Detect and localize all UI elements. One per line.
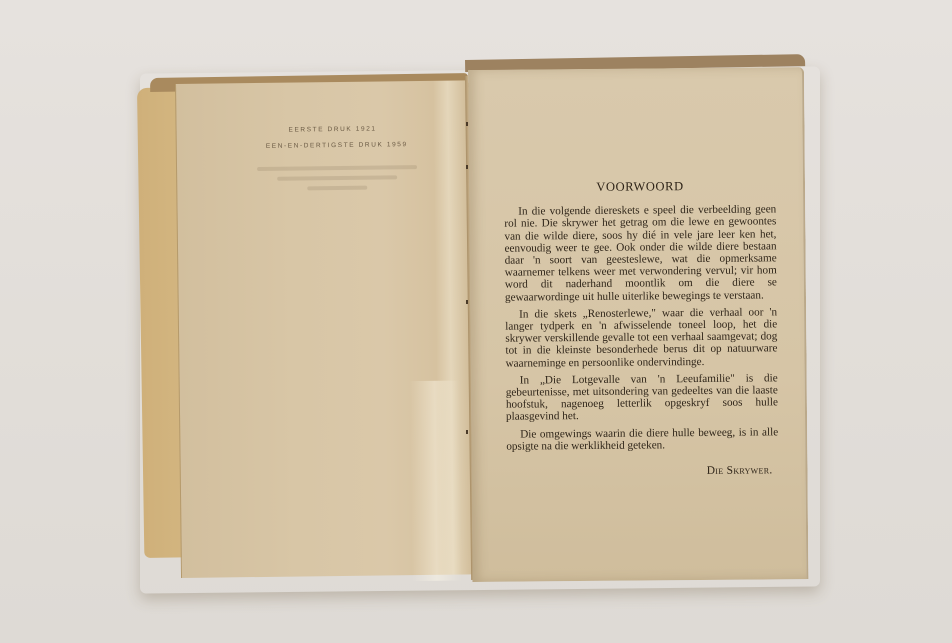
imprint-first-edition: EERSTE DRUK 1921 bbox=[187, 124, 479, 135]
show-through-text bbox=[237, 159, 438, 221]
foreword-paragraph: In „Die Lotgevalle van 'n Leeufamilie" i… bbox=[506, 372, 778, 423]
author-signature: Die Skrywer. bbox=[506, 464, 778, 479]
right-page: VOORWOORD In die volgende diereskets e s… bbox=[468, 67, 808, 582]
binding-stitch bbox=[466, 165, 468, 169]
page-glare bbox=[410, 381, 462, 582]
imprint-current-edition: EEN-EN-DERTIGSTE DRUK 1959 bbox=[191, 140, 483, 151]
foreword-text: VOORWOORD In die volgende diereskets e s… bbox=[504, 179, 779, 479]
foreword-paragraph: In die volgende diereskets e speel die v… bbox=[504, 204, 777, 304]
foreword-heading: VOORWOORD bbox=[504, 179, 776, 194]
left-page: EERSTE DRUK 1921 EEN-EN-DERTIGSTE DRUK 1… bbox=[175, 80, 474, 578]
binding-stitch bbox=[466, 430, 468, 434]
foreword-paragraph: Die omgewings waarin die diere hulle bew… bbox=[506, 426, 778, 453]
foreword-paragraph: In die skets „Renosterlewe," waar die ve… bbox=[505, 306, 778, 369]
open-book: EERSTE DRUK 1921 EEN-EN-DERTIGSTE DRUK 1… bbox=[0, 0, 952, 643]
binding-stitch bbox=[466, 300, 468, 304]
